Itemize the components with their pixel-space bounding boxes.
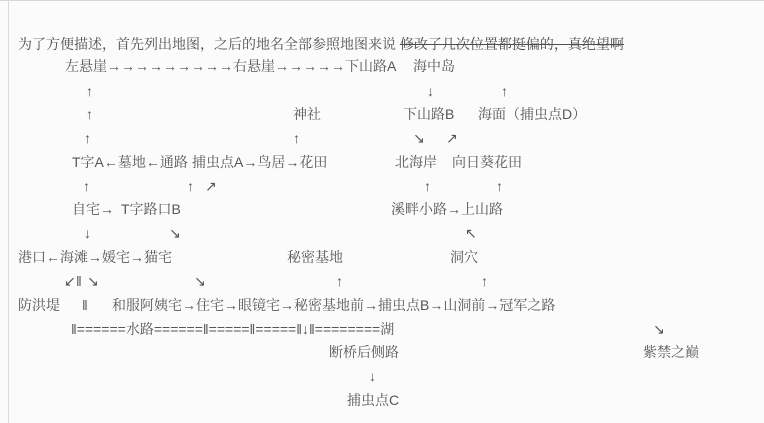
map-segment: 捕虫点A→鸟居→花田 — [192, 154, 327, 170]
map-segment: 向日葵花田 — [452, 154, 522, 170]
map-segment: 溪畔小路→上山路 — [391, 201, 503, 217]
post-page: 为了方便描述，首先列出地图，之后的地名全部参照地图来说 修改了几次位置都挺偏的，… — [0, 0, 764, 423]
map-segment: 海面（捕虫点D） — [478, 106, 586, 122]
map-segment: ↑ — [336, 273, 343, 289]
map-segment: ↓ — [369, 368, 376, 384]
map-segment: ‖ — [76, 273, 82, 289]
map-segment: ↓ — [84, 225, 91, 241]
map-segment: 和服阿姨宅→住宅→眼镜宅→秘密基地前→捕虫点B→山洞前→冠军之路 — [112, 297, 555, 313]
text-map: 左悬崖→→→→→→→→→右悬崖→→→→→下山路A海中岛↑↓↑↑神社下山路B海面（… — [0, 0, 764, 423]
map-segment: ↑ — [293, 130, 300, 146]
map-segment: ↑ — [424, 178, 431, 194]
map-segment: ↑ — [501, 83, 508, 99]
map-segment: 左悬崖→→→→→→→→→右悬崖→→→→→下山路A — [65, 58, 396, 74]
map-segment: 防洪堤 — [18, 297, 60, 313]
map-segment: ↙ — [64, 273, 76, 289]
map-segment: 北海岸 — [395, 154, 437, 170]
map-segment: ↘ — [413, 130, 425, 146]
map-segment: ↘ — [653, 321, 665, 337]
map-segment: ↗ — [446, 130, 458, 146]
map-segment: ↑ — [187, 178, 194, 194]
map-segment: ↑ — [83, 178, 90, 194]
map-segment: 下山路B — [403, 106, 454, 122]
map-segment: ↑ — [496, 178, 503, 194]
map-segment: ↖ — [465, 225, 477, 241]
map-segment: ↑ — [86, 83, 93, 99]
map-segment: ↓ — [427, 83, 434, 99]
map-segment: 海中岛 — [413, 58, 455, 74]
map-segment: ↘ — [194, 273, 206, 289]
map-segment: 港口←海滩→媛宅→猫宅 — [18, 249, 172, 265]
map-segment: 捕虫点C — [347, 392, 399, 408]
map-segment: ↑ — [481, 273, 488, 289]
map-segment: T字A←墓地←通路 — [72, 154, 188, 170]
map-segment: 断桥后侧路 — [329, 344, 399, 360]
map-segment: ‖======水路======‖=====‖=====‖↓‖========湖 — [71, 321, 394, 337]
map-segment: 神社 — [293, 106, 321, 122]
map-segment: 洞穴 — [450, 249, 478, 265]
map-segment: ‖ — [82, 297, 88, 313]
map-segment: 秘密基地 — [287, 249, 343, 265]
map-segment: 自宅→ — [72, 201, 114, 217]
map-segment: 紫禁之巅 — [643, 344, 699, 360]
map-segment: ↑ — [86, 106, 93, 122]
map-segment: ↘ — [169, 225, 181, 241]
map-segment: ↑ — [84, 130, 91, 146]
map-segment: T字路口B — [121, 201, 181, 217]
map-segment: ↗ — [205, 178, 217, 194]
map-segment: ↘ — [87, 273, 99, 289]
